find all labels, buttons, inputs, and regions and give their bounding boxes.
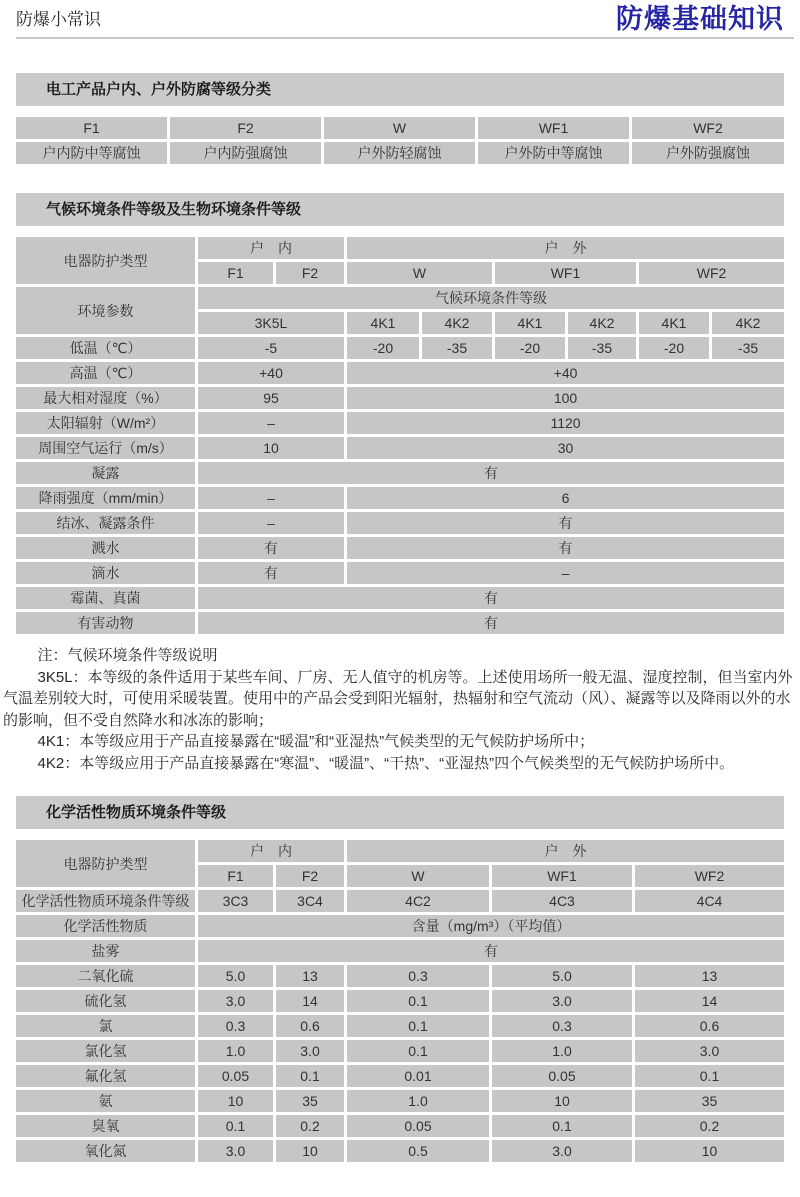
outdoor-header-cell: 户 外 <box>347 237 784 259</box>
param-value-cell: – <box>347 562 784 584</box>
table-row: 电器防护类型 户 内 户 外 <box>16 840 784 862</box>
substance-value-cell: 3.0 <box>492 1140 632 1162</box>
substance-row-label: 氯 <box>16 1015 195 1037</box>
header-divider <box>16 37 794 39</box>
param-value-cell: 有 <box>198 462 784 484</box>
table-row: 化学活性物质环境条件等级 3C3 3C4 4C2 4C3 4C4 <box>16 890 784 912</box>
param-row-label: 凝露 <box>16 462 195 484</box>
substance-value-cell: 10 <box>635 1140 784 1162</box>
substance-value-cell: 10 <box>276 1140 344 1162</box>
param-row-label: 降雨强度（mm/min） <box>16 487 195 509</box>
grade-header-cell: F1 <box>198 865 273 887</box>
grade-desc-cell: 户外防强腐蚀 <box>632 142 784 164</box>
note-paragraph: 注：气候环境条件等级说明 <box>3 645 797 667</box>
substance-value-cell: 0.01 <box>347 1065 489 1087</box>
chemical-substance-table: 电器防护类型 户 内 户 外 F1 F2 W WF1 WF2 化学活性物质环境条… <box>13 837 787 1165</box>
table-row: 氯化氢 1.0 3.0 0.1 1.0 3.0 <box>16 1040 784 1062</box>
grade-header-cell: WF2 <box>632 117 784 139</box>
grade-desc-cell: 户外防中等腐蚀 <box>478 142 629 164</box>
substance-value-cell: 14 <box>276 990 344 1012</box>
chem-class-cell: 4C3 <box>492 890 632 912</box>
outdoor-header-cell: 户 外 <box>347 840 784 862</box>
table-row: 凝露 有 <box>16 462 784 484</box>
substance-row-label: 臭氧 <box>16 1115 195 1137</box>
param-value-cell: -20 <box>639 337 709 359</box>
param-value-cell: +40 <box>347 362 784 384</box>
table-row: 氧化氮 3.0 10 0.5 3.0 10 <box>16 1140 784 1162</box>
page-header: 防爆小常识 防爆基础知识 <box>0 0 800 34</box>
table-row: F1 F2 W WF1 WF2 <box>16 117 784 139</box>
grade-header-cell: F1 <box>16 117 167 139</box>
grade-header-cell: W <box>347 262 492 284</box>
substance-value-cell: 0.1 <box>347 1040 489 1062</box>
param-value-cell: 有 <box>198 612 784 634</box>
param-row-label: 化学活性物质环境条件等级 <box>16 890 195 912</box>
substance-value-cell: 0.5 <box>347 1140 489 1162</box>
param-value-cell: 有 <box>347 537 784 559</box>
param-value-cell: 有 <box>198 940 784 962</box>
grade-header-cell: F1 <box>198 262 273 284</box>
substance-value-cell: 0.1 <box>198 1115 273 1137</box>
grade-header-cell: F2 <box>170 117 321 139</box>
substance-value-cell: 10 <box>198 1090 273 1112</box>
table-row: 环境参数 气候环境条件等级 <box>16 287 784 309</box>
param-value-cell: 1120 <box>347 412 784 434</box>
substance-value-cell: 0.05 <box>492 1065 632 1087</box>
climate-class-cell: 4K2 <box>422 312 492 334</box>
substance-value-cell: 0.1 <box>347 990 489 1012</box>
param-row-label: 滴水 <box>16 562 195 584</box>
table-row: 周围空气运行（m/s） 10 30 <box>16 437 784 459</box>
table-row: 氯 0.3 0.6 0.1 0.3 0.6 <box>16 1015 784 1037</box>
climate-notes: 注：气候环境条件等级说明 3K5L：本等级的条件适用于某些车间、厂房、无人值守的… <box>3 645 797 774</box>
substance-value-cell: 35 <box>635 1090 784 1112</box>
substance-value-cell: 14 <box>635 990 784 1012</box>
substance-value-cell: 13 <box>635 965 784 987</box>
substance-value-cell: 0.3 <box>347 965 489 987</box>
param-value-cell: +40 <box>198 362 344 384</box>
param-value-cell: 30 <box>347 437 784 459</box>
table-row: 降雨强度（mm/min） – 6 <box>16 487 784 509</box>
substance-value-cell: 0.6 <box>635 1015 784 1037</box>
param-row-label: 周围空气运行（m/s） <box>16 437 195 459</box>
param-value-cell: 100 <box>347 387 784 409</box>
substance-row-label: 硫化氢 <box>16 990 195 1012</box>
param-value-cell: -20 <box>495 337 565 359</box>
param-row-label: 霉菌、真菌 <box>16 587 195 609</box>
param-row-label: 盐雾 <box>16 940 195 962</box>
section2-title-bar: 气候环境条件等级及生物环境条件等级 <box>16 193 784 226</box>
grade-desc-cell: 户内防中等腐蚀 <box>16 142 167 164</box>
param-value-cell: -35 <box>712 337 784 359</box>
table-row: 二氧化硫 5.0 13 0.3 5.0 13 <box>16 965 784 987</box>
table-row: 滴水 有 – <box>16 562 784 584</box>
param-value-cell: 95 <box>198 387 344 409</box>
substance-value-cell: 3.0 <box>198 990 273 1012</box>
substance-row-label: 氨 <box>16 1090 195 1112</box>
param-value-cell: 含量（mg/m³）（平均值） <box>198 915 784 937</box>
param-row-label: 太阳辐射（W/m²） <box>16 412 195 434</box>
type-label-cell: 电器防护类型 <box>16 237 195 284</box>
type-label-cell: 电器防护类型 <box>16 840 195 887</box>
substance-value-cell: 0.1 <box>492 1115 632 1137</box>
substance-row-label: 氧化氮 <box>16 1140 195 1162</box>
chem-class-cell: 4C4 <box>635 890 784 912</box>
param-value-cell: -35 <box>422 337 492 359</box>
param-value-cell: – <box>198 487 344 509</box>
substance-value-cell: 0.2 <box>276 1115 344 1137</box>
indoor-header-cell: 户 内 <box>198 237 344 259</box>
grade-header-cell: WF2 <box>639 262 784 284</box>
table-row: 有害动物 有 <box>16 612 784 634</box>
substance-value-cell: 3.0 <box>492 990 632 1012</box>
climate-grade-header-cell: 气候环境条件等级 <box>198 287 784 309</box>
param-value-cell: 10 <box>198 437 344 459</box>
chem-class-cell: 3C3 <box>198 890 273 912</box>
param-value-cell: 有 <box>198 587 784 609</box>
substance-value-cell: 3.0 <box>635 1040 784 1062</box>
table-row: 最大相对湿度（%） 95 100 <box>16 387 784 409</box>
note-paragraph: 4K2：本等级应用于产品直接暴露在“寒温”、“暖温”、“干热”、“亚湿热”四个气… <box>3 753 797 775</box>
substance-row-label: 氟化氢 <box>16 1065 195 1087</box>
table-row: 氟化氢 0.05 0.1 0.01 0.05 0.1 <box>16 1065 784 1087</box>
table-row: 霉菌、真菌 有 <box>16 587 784 609</box>
climate-class-cell: 4K1 <box>639 312 709 334</box>
climate-class-cell: 4K2 <box>712 312 784 334</box>
param-value-cell: 有 <box>347 512 784 534</box>
param-row-label: 低温（℃） <box>16 337 195 359</box>
param-row-label: 最大相对湿度（%） <box>16 387 195 409</box>
note-paragraph: 3K5L：本等级的条件适用于某些车间、厂房、无人值守的机房等。上述使用场所一般无… <box>3 667 797 732</box>
substance-value-cell: 0.1 <box>635 1065 784 1087</box>
grade-header-cell: WF1 <box>495 262 636 284</box>
table-row: 结冰、凝露条件 – 有 <box>16 512 784 534</box>
climate-condition-table: 电器防护类型 户 内 户 外 F1 F2 W WF1 WF2 环境参数 气候环境… <box>13 234 787 637</box>
substance-value-cell: 3.0 <box>198 1140 273 1162</box>
page-title-right: 防爆基础知识 <box>616 5 784 34</box>
note-paragraph: 4K1：本等级应用于产品直接暴露在“暖温”和“亚湿热”气候类型的无气候防护场所中… <box>3 731 797 753</box>
grade-header-cell: F2 <box>276 865 344 887</box>
corrosion-grade-table: F1 F2 W WF1 WF2 户内防中等腐蚀 户内防强腐蚀 户外防轻腐蚀 户外… <box>13 114 787 167</box>
climate-class-cell: 4K1 <box>347 312 419 334</box>
table-row: 户内防中等腐蚀 户内防强腐蚀 户外防轻腐蚀 户外防中等腐蚀 户外防强腐蚀 <box>16 142 784 164</box>
substance-value-cell: 1.0 <box>492 1040 632 1062</box>
param-value-cell: 6 <box>347 487 784 509</box>
section3-title-bar: 化学活性物质环境条件等级 <box>16 796 784 829</box>
table-row: 硫化氢 3.0 14 0.1 3.0 14 <box>16 990 784 1012</box>
param-value-cell: -5 <box>198 337 344 359</box>
param-value-cell: – <box>198 512 344 534</box>
grade-header-cell: W <box>324 117 475 139</box>
grade-header-cell: WF1 <box>492 865 632 887</box>
table-row: 太阳辐射（W/m²） – 1120 <box>16 412 784 434</box>
substance-value-cell: 0.05 <box>198 1065 273 1087</box>
substance-value-cell: 3.0 <box>276 1040 344 1062</box>
substance-value-cell: 0.1 <box>276 1065 344 1087</box>
substance-value-cell: 0.3 <box>492 1015 632 1037</box>
param-value-cell: -20 <box>347 337 419 359</box>
param-row-label: 结冰、凝露条件 <box>16 512 195 534</box>
chem-class-cell: 4C2 <box>347 890 489 912</box>
substance-value-cell: 5.0 <box>198 965 273 987</box>
substance-row-label: 二氧化硫 <box>16 965 195 987</box>
substance-value-cell: 0.6 <box>276 1015 344 1037</box>
param-row-label: 有害动物 <box>16 612 195 634</box>
substance-value-cell: 0.3 <box>198 1015 273 1037</box>
substance-value-cell: 1.0 <box>198 1040 273 1062</box>
table-row: 氨 10 35 1.0 10 35 <box>16 1090 784 1112</box>
env-param-label-cell: 环境参数 <box>16 287 195 334</box>
climate-class-cell: 4K2 <box>568 312 636 334</box>
table-row: 盐雾 有 <box>16 940 784 962</box>
climate-class-cell: 3K5L <box>198 312 344 334</box>
substance-value-cell: 0.1 <box>347 1015 489 1037</box>
substance-row-label: 氯化氢 <box>16 1040 195 1062</box>
table-row: 臭氧 0.1 0.2 0.05 0.1 0.2 <box>16 1115 784 1137</box>
substance-value-cell: 13 <box>276 965 344 987</box>
grade-desc-cell: 户外防轻腐蚀 <box>324 142 475 164</box>
substance-value-cell: 5.0 <box>492 965 632 987</box>
param-row-label: 高温（℃） <box>16 362 195 384</box>
param-value-cell: 有 <box>198 562 344 584</box>
grade-header-cell: WF2 <box>635 865 784 887</box>
grade-desc-cell: 户内防强腐蚀 <box>170 142 321 164</box>
page-title-left: 防爆小常识 <box>16 5 101 34</box>
grade-header-cell: W <box>347 865 489 887</box>
table-row: 溅水 有 有 <box>16 537 784 559</box>
substance-value-cell: 10 <box>492 1090 632 1112</box>
param-value-cell: -35 <box>568 337 636 359</box>
grade-header-cell: F2 <box>276 262 344 284</box>
table-row: 电器防护类型 户 内 户 外 <box>16 237 784 259</box>
param-row-label: 化学活性物质 <box>16 915 195 937</box>
section1-title-bar: 电工产品户内、户外防腐等级分类 <box>16 73 784 106</box>
substance-value-cell: 0.2 <box>635 1115 784 1137</box>
param-value-cell: 有 <box>198 537 344 559</box>
indoor-header-cell: 户 内 <box>198 840 344 862</box>
chem-class-cell: 3C4 <box>276 890 344 912</box>
climate-class-cell: 4K1 <box>495 312 565 334</box>
table-row: 高温（℃） +40 +40 <box>16 362 784 384</box>
table-row: 低温（℃） -5 -20 -35 -20 -35 -20 -35 <box>16 337 784 359</box>
param-value-cell: – <box>198 412 344 434</box>
table-row: 化学活性物质 含量（mg/m³）（平均值） <box>16 915 784 937</box>
param-row-label: 溅水 <box>16 537 195 559</box>
grade-header-cell: WF1 <box>478 117 629 139</box>
substance-value-cell: 1.0 <box>347 1090 489 1112</box>
substance-value-cell: 35 <box>276 1090 344 1112</box>
substance-value-cell: 0.05 <box>347 1115 489 1137</box>
